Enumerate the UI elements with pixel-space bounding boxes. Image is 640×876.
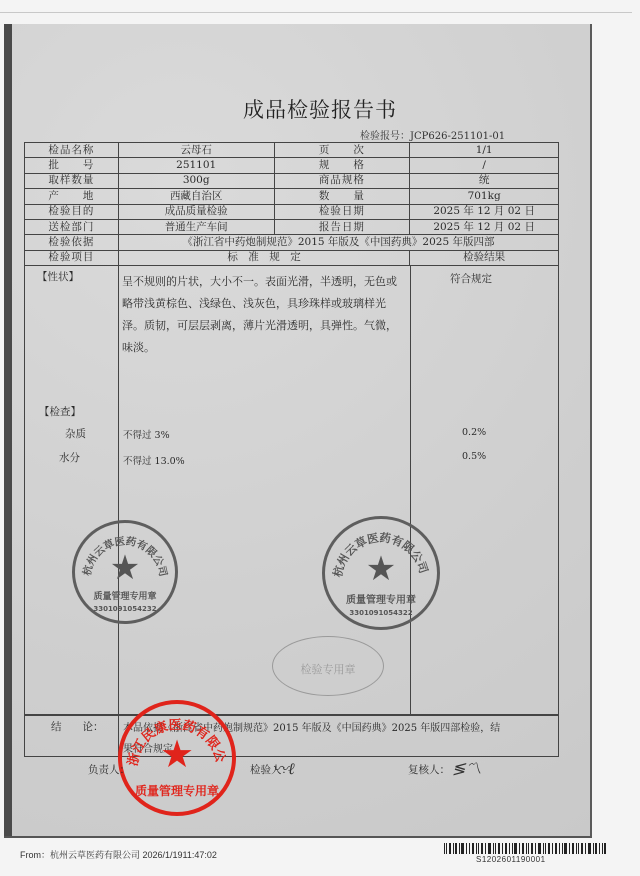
moisture-name: 水分 [59,450,80,465]
star-icon: ★ [160,735,194,773]
value-commodity-spec: 统 [410,173,559,188]
report-number-value: JCP626-251101-01 [410,131,505,142]
star-icon: ★ [110,551,140,585]
stamp-purpose: 检验专用章 [273,661,383,677]
reviewer-signature: ≶〽 [452,756,481,779]
inspector-signature: 〰ℓ [272,756,295,779]
paper-edge-shadow [4,24,12,836]
inspection-label: 【检查】 [39,404,81,419]
header-item: 检验项目 [25,250,119,265]
label-department: 送检部门 [25,219,119,234]
impurity-name: 杂质 [65,426,86,441]
label-report-date: 报告日期 [274,219,410,234]
label-commodity-spec: 商品规格 [274,173,410,188]
value-department: 普通生产车间 [118,219,274,234]
info-table: 检品名称 云母石 页 次 1/1 批 号 251101 规 格 / 取样数量 3… [24,142,559,266]
moisture-result: 0.5% [462,451,486,462]
label-batch: 批 号 [25,158,119,173]
conclusion-section: 结 论： 本品依据《浙江省中药炮制规范》2015 年版及《中国药典》2025 年… [24,715,559,757]
stamp-purpose: 质量管理专用章 [325,591,437,606]
value-inspection-date: 2025 年 12 月 02 日 [410,204,559,219]
stamp-number: 3301091054322 [325,609,437,617]
report-number-label: 检验报号： [360,131,410,142]
value-page: 1/1 [410,143,559,158]
stamp-number: 3301091054232 [75,605,175,613]
table-row: 检验目的 成品质量检验 检验日期 2025 年 12 月 02 日 [25,204,559,219]
label-inspection-date: 检验日期 [274,204,410,219]
table-row: 产 地 西藏自治区 数 量 701kg [25,189,559,204]
stamp-purpose: 质量管理专用章 [75,589,175,602]
label-product-name: 检品名称 [25,143,119,158]
value-purpose: 成品质量检验 [118,204,274,219]
label-quantity: 数 量 [274,189,410,204]
label-sample-qty: 取样数量 [25,173,119,188]
fax-header-line [0,12,632,13]
report-number: 检验报号：JCP626-251101-01 [360,127,505,142]
value-quantity: 701kg [410,189,559,204]
label-spec: 规 格 [274,158,410,173]
document-title: 成品检验报告书 [0,94,640,124]
quality-stamp-right: 杭州云草医药有限公司 ★ 质量管理专用章 3301091054322 [322,516,440,630]
header-standard: 标 准 规 定 [118,250,409,265]
fax-from-line: From：杭州云草医药有限公司 2026/1/1911:47:02 [20,848,217,861]
column-divider [410,265,411,714]
barcode-number: S1202601190001 [476,855,546,864]
table-row: 批 号 251101 规 格 / [25,158,559,173]
star-icon: ★ [366,552,396,586]
label-purpose: 检验目的 [25,204,119,219]
moisture-standard: 不得过 13.0% [123,453,185,467]
value-sample-qty: 300g [118,173,274,188]
table-row: 取样数量 300g 商品规格 统 [25,173,559,188]
conclusion-label: 结 论： [51,719,104,734]
header-result: 检验结果 [410,250,559,265]
value-basis: 《浙江省中药炮制规范》2015 年版及《中国药典》2025 年版四部 [118,235,558,250]
table-header-row: 检验项目 标 准 规 定 检验结果 [25,250,559,265]
label-basis: 检验依据 [25,235,119,250]
value-batch: 251101 [118,158,274,173]
table-row: 检验依据 《浙江省中药炮制规范》2015 年版及《中国药典》2025 年版四部 [25,235,559,250]
properties-standard: 呈不规则的片状，大小不一。表面光滑，半透明，无色或略带浅黄棕色、浅绿色、浅灰色，… [122,271,404,359]
label-origin: 产 地 [25,189,119,204]
responsible-label: 负责人： [88,762,130,777]
value-origin: 西藏自治区 [118,189,274,204]
properties-result: 符合规定 [450,271,492,286]
table-row: 送检部门 普通生产车间 报告日期 2025 年 12 月 02 日 [25,219,559,234]
inspection-stamp-faint: 检验专用章 [272,636,384,696]
stamp-purpose: 质量管理专用章 [122,782,232,799]
column-divider [118,265,119,714]
quality-stamp-red: 浙江民康医药有限公司 ★ 质量管理专用章 [118,700,236,816]
impurity-result: 0.2% [462,427,486,438]
barcode-icon [444,843,606,854]
value-report-date: 2025 年 12 月 02 日 [410,219,559,234]
value-product-name: 云母石 [118,143,274,158]
label-page: 页 次 [274,143,410,158]
table-row: 检品名称 云母石 页 次 1/1 [25,143,559,158]
properties-label: 【性状】 [37,269,79,284]
reviewer-label: 复核人： [408,762,450,777]
impurity-standard: 不得过 3% [123,427,170,441]
quality-stamp-left: 杭州云草医药有限公司 ★ 质量管理专用章 3301091054232 [72,520,178,624]
value-spec: / [410,158,559,173]
